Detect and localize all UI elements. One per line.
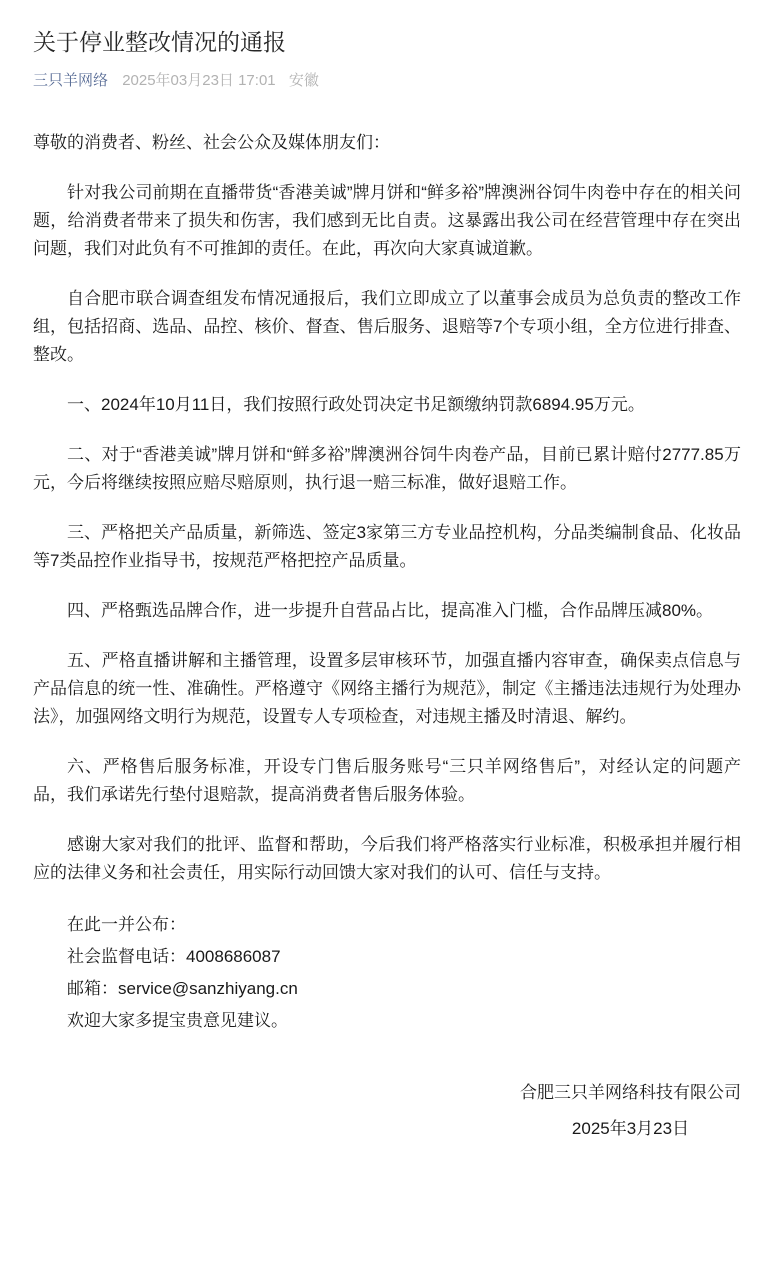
paragraph-item-3-quality: 三、严格把关产品质量，新筛选、签定3家第三方专业品控机构，分品类编制食品、化妆品… [33,519,741,575]
paragraph-item-4-brands: 四、严格甄选品牌合作，进一步提升自营品占比，提高准入门槛，合作品牌压减80%。 [33,597,741,625]
paragraph-thanks: 感谢大家对我们的批评、监督和帮助，今后我们将严格落实行业标准，积极承担并履行相应… [33,831,741,887]
service-email: 邮箱：service@sanzhiyang.cn [33,973,741,1005]
article-body: 尊敬的消费者、粉丝、社会公众及媒体朋友们： 针对我公司前期在直播带货“香港美诚”… [33,129,741,1143]
paragraph-item-5-livestream: 五、严格直播讲解和主播管理，设置多层审核环节，加强直播内容审查，确保卖点信息与产… [33,647,741,731]
paragraph-item-2-compensation: 二、对于“香港美诚”牌月饼和“鲜多裕”牌澳洲谷饲牛肉卷产品，目前已累计赔付277… [33,441,741,497]
signature-date: 2025年3月23日 [520,1115,741,1143]
author-link[interactable]: 三只羊网络 [33,72,108,89]
contact-block: 在此一并公布： 社会监督电话：4008686087 邮箱：service@san… [33,909,741,1037]
page-title: 关于停业整改情况的通报 [33,26,741,58]
feedback-invite: 欢迎大家多提宝贵意见建议。 [33,1005,741,1037]
signature-company: 合肥三只羊网络科技有限公司 [520,1079,741,1107]
supervision-phone: 社会监督电话：4008686087 [33,941,741,973]
contact-announce-line: 在此一并公布： [33,909,741,941]
article-meta: 三只羊网络 2025年03月23日 17:01 安徽 [33,71,741,91]
paragraph-item-6-aftersales: 六、严格售后服务标准，开设专门售后服务账号“三只羊网络售后”，对经认定的问题产品… [33,753,741,809]
article-page: 关于停业整改情况的通报 三只羊网络 2025年03月23日 17:01 安徽 尊… [0,0,774,1173]
publish-date: 2025年03月23日 17:01 [122,72,275,89]
salutation: 尊敬的消费者、粉丝、社会公众及媒体朋友们： [33,129,741,157]
paragraph-apology: 针对我公司前期在直播带货“香港美诚”牌月饼和“鲜多裕”牌澳洲谷饲牛肉卷中存在的相… [33,179,741,263]
signature-block: 合肥三只羊网络科技有限公司 2025年3月23日 [33,1079,741,1143]
publish-location: 安徽 [289,72,319,89]
paragraph-workgroup: 自合肥市联合调查组发布情况通报后，我们立即成立了以董事会成员为总负责的整改工作组… [33,285,741,369]
paragraph-item-1-fine: 一、2024年10月11日，我们按照行政处罚决定书足额缴纳罚款6894.95万元… [33,391,741,419]
